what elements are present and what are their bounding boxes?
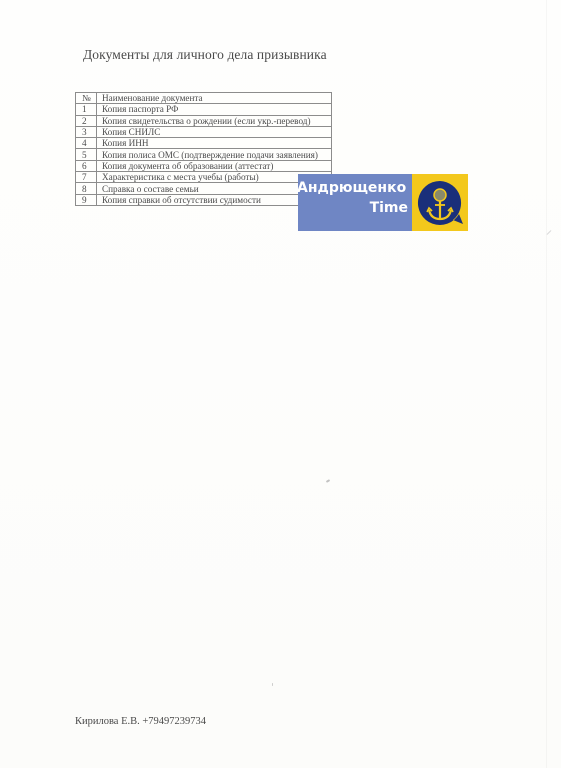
anchor-microphone-icon [415, 178, 465, 228]
channel-watermark: Андрющенко Time [298, 174, 468, 231]
header-document-name: Наименование документа [97, 93, 332, 104]
watermark-text-block: Андрющенко Time [298, 174, 412, 231]
row-number: 8 [76, 183, 97, 194]
watermark-line-2: Time [298, 198, 408, 218]
table-row: 6Копия документа об образовании (аттеста… [76, 160, 332, 171]
table-header-row: № Наименование документа [76, 93, 332, 104]
row-number: 3 [76, 126, 97, 137]
page-edge [546, 0, 547, 768]
row-number: 1 [76, 104, 97, 115]
scan-speck [547, 230, 552, 235]
scanned-page: Документы для личного дела призывника № … [0, 0, 561, 768]
row-document-name: Копия СНИЛС [97, 126, 332, 137]
row-number: 6 [76, 160, 97, 171]
row-number: 4 [76, 138, 97, 149]
header-number: № [76, 93, 97, 104]
table-row: 7Характеристика с места учебы (работы) [76, 172, 332, 183]
contact-footer: Кирилова Е.В. +79497239734 [75, 716, 206, 727]
row-document-name: Копия ИНН [97, 138, 332, 149]
row-document-name: Копия полиса ОМС (подтверждение подачи з… [97, 149, 332, 160]
table-row: 2Копия свидетельства о рождении (если ук… [76, 115, 332, 126]
document-title: Документы для личного дела призывника [83, 47, 327, 63]
table-row: 3Копия СНИЛС [76, 126, 332, 137]
row-number: 9 [76, 194, 97, 205]
row-document-name: Копия свидетельства о рождении (если укр… [97, 115, 332, 126]
row-number: 5 [76, 149, 97, 160]
row-number: 7 [76, 172, 97, 183]
watermark-line-1: Андрющенко [297, 178, 408, 198]
row-document-name: Копия паспорта РФ [97, 104, 332, 115]
table-row: 8Справка о составе семьи [76, 183, 332, 194]
table-row: 9Копия справки об отсутствии судимости [76, 194, 332, 205]
watermark-logo [412, 174, 468, 231]
scan-speck [326, 479, 330, 483]
table-row: 1Копия паспорта РФ [76, 104, 332, 115]
row-number: 2 [76, 115, 97, 126]
table-row: 5Копия полиса ОМС (подтверждение подачи … [76, 149, 332, 160]
documents-table: № Наименование документа 1Копия паспорта… [75, 92, 332, 206]
scan-speck [272, 683, 273, 686]
row-document-name: Копия документа об образовании (аттестат… [97, 160, 332, 171]
table-row: 4Копия ИНН [76, 138, 332, 149]
